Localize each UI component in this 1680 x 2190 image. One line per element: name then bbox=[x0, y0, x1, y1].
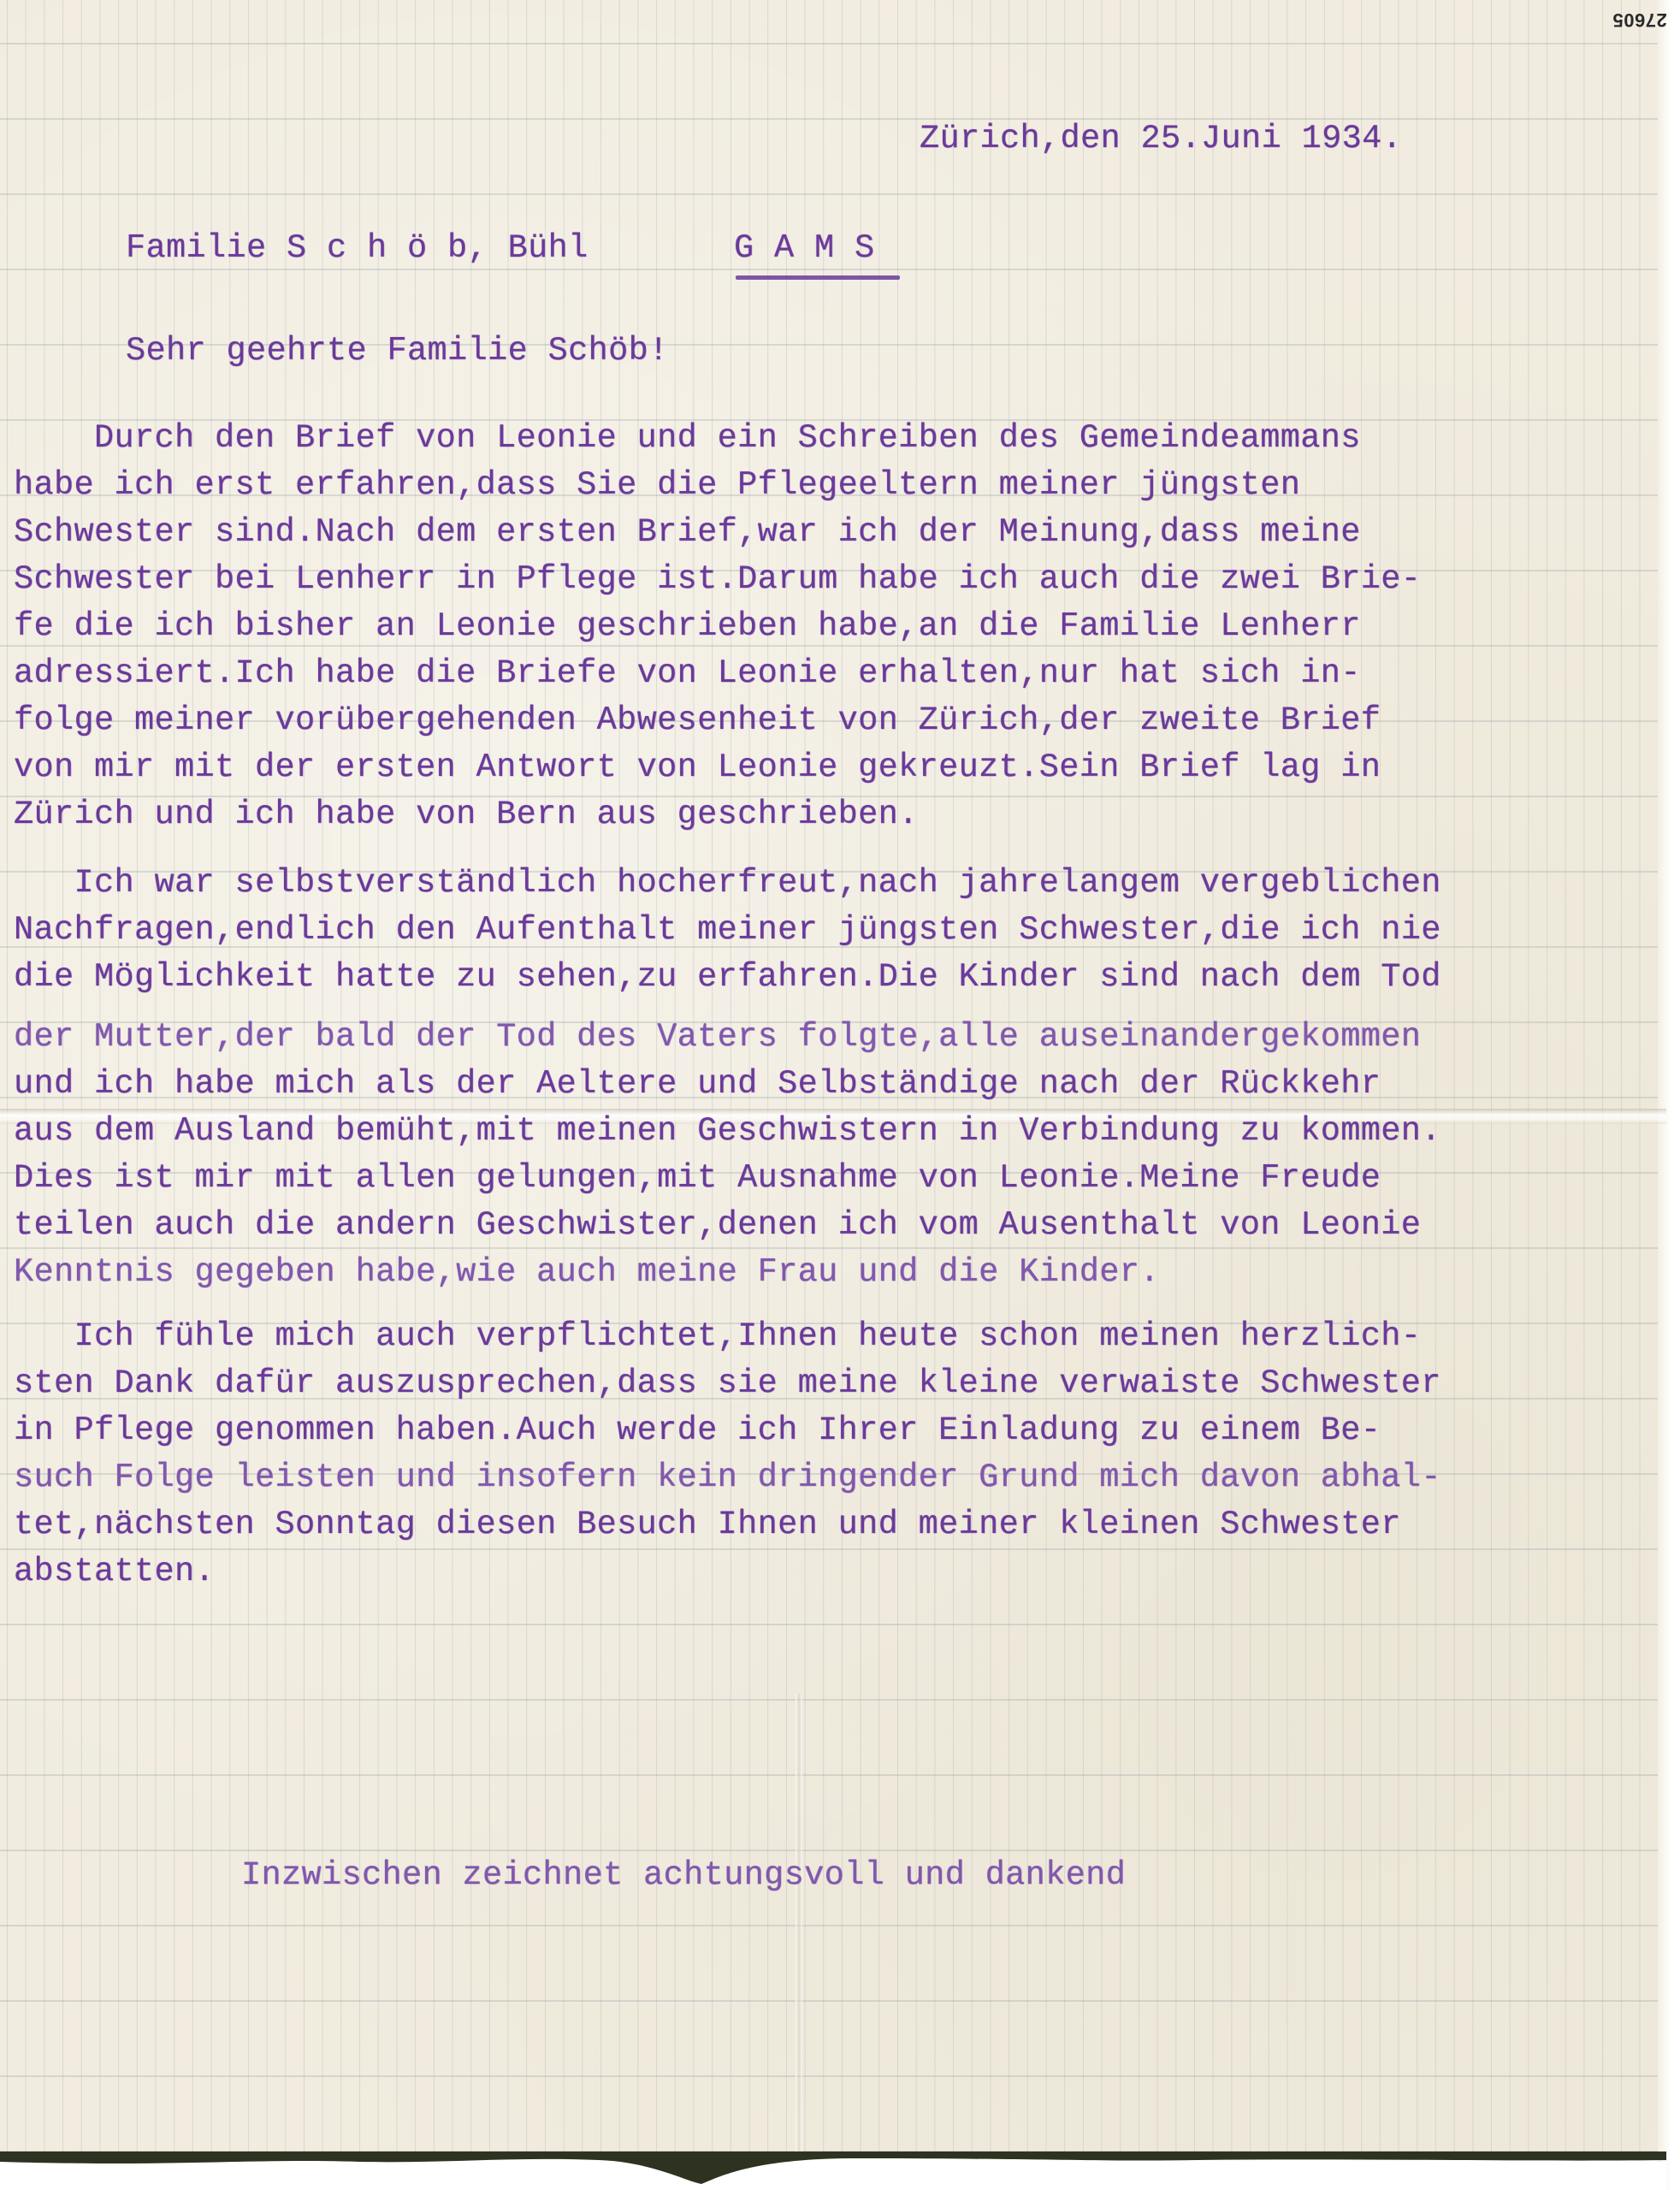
body-line: in Pflege genommen haben.Auch werde ich … bbox=[14, 1412, 1381, 1449]
body-line: der Mutter,der bald der Tod des Vaters f… bbox=[14, 1018, 1421, 1056]
body-line: abstatten. bbox=[14, 1553, 215, 1590]
body-line: Zürich und ich habe von Bern aus geschri… bbox=[14, 796, 919, 833]
salutation: Sehr geehrte Familie Schöb! bbox=[126, 332, 669, 370]
body-line: Schwester bei Lenherr in Pflege ist.Daru… bbox=[14, 560, 1421, 598]
archive-number-stamp: 27605 bbox=[1612, 9, 1667, 31]
paper-right-edge bbox=[1658, 0, 1680, 2190]
body-line: folge meiner vorübergehenden Abwesenheit… bbox=[14, 701, 1381, 739]
body-line: sten Dank dafür auszusprechen,dass sie m… bbox=[14, 1364, 1441, 1402]
closing-line: Inzwischen zeichnet achtungsvoll und dan… bbox=[241, 1856, 1126, 1894]
body-line: Ich fühle mich auch verpflichtet,Ihnen h… bbox=[14, 1317, 1421, 1355]
body-line: Dies ist mir mit allen gelungen,mit Ausn… bbox=[14, 1159, 1381, 1197]
body-line: Durch den Brief von Leonie und ein Schre… bbox=[14, 419, 1361, 457]
recipient-name: Familie S c h ö b, Bühl bbox=[126, 229, 589, 267]
body-line: Nachfragen,endlich den Aufenthalt meiner… bbox=[14, 911, 1441, 949]
body-line: such Folge leisten und insofern kein dri… bbox=[14, 1459, 1441, 1496]
body-line: die Möglichkeit hatte zu sehen,zu erfahr… bbox=[14, 958, 1441, 996]
body-line: von mir mit der ersten Antwort von Leoni… bbox=[14, 749, 1381, 786]
body-line: und ich habe mich als der Aeltere und Se… bbox=[14, 1065, 1381, 1103]
body-line: habe ich erst erfahren,dass Sie die Pfle… bbox=[14, 466, 1300, 504]
body-line: adressiert.Ich habe die Briefe von Leoni… bbox=[14, 654, 1361, 692]
body-line: fe die ich bisher an Leonie geschrieben … bbox=[14, 607, 1361, 645]
vertical-fold-crease bbox=[796, 1694, 802, 2156]
torn-bottom-edge bbox=[0, 2152, 1666, 2190]
town-underline bbox=[736, 275, 900, 280]
body-line: aus dem Ausland bemüht,mit meinen Geschw… bbox=[14, 1112, 1441, 1150]
body-line: Kenntnis gegeben habe,wie auch meine Fra… bbox=[14, 1253, 1160, 1291]
body-line: tet,nächsten Sonntag diesen Besuch Ihnen… bbox=[14, 1506, 1401, 1543]
body-line: Schwester sind.Nach dem ersten Brief,war… bbox=[14, 513, 1361, 551]
place-date-line: Zürich,den 25.Juni 1934. bbox=[920, 120, 1402, 157]
body-line: teilen auch die andern Geschwister,denen… bbox=[14, 1206, 1421, 1244]
body-line: Ich war selbstverständlich hocherfreut,n… bbox=[14, 864, 1441, 902]
recipient-town: G A M S bbox=[734, 229, 875, 267]
